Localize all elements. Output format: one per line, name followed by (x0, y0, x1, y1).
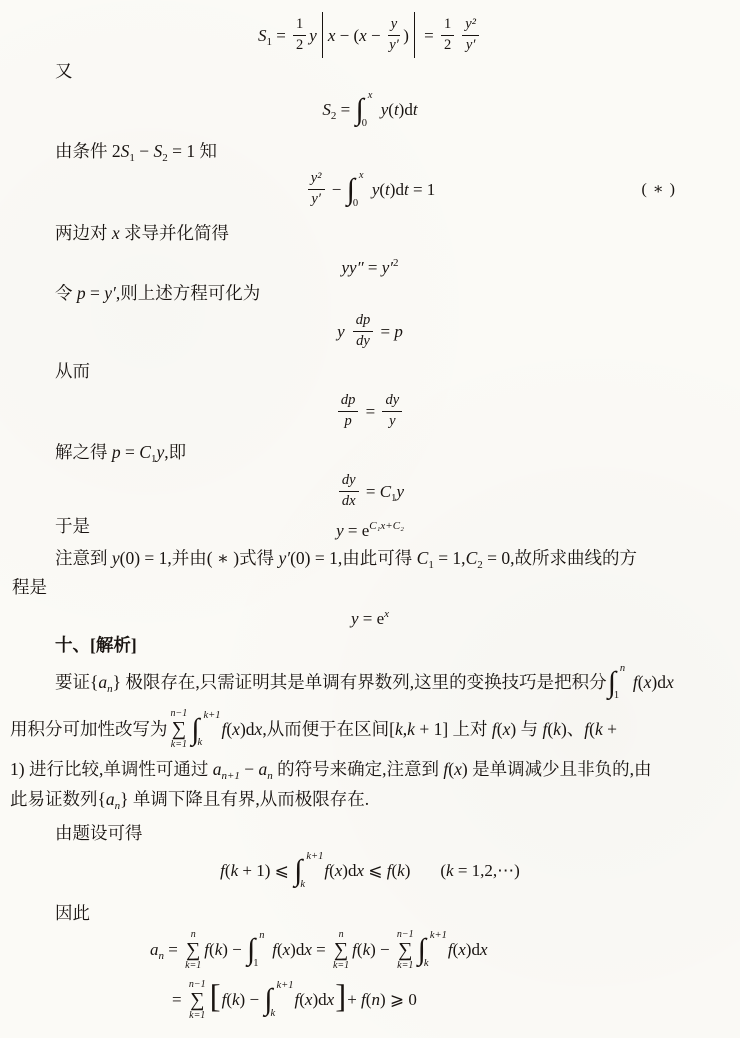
formula-an-line1: an = n∑k=1f(k) − ∫n1f(x)dx = n∑k=1f(k) −… (0, 924, 740, 976)
formula-fk-inequality: f(k + 1) ⩽ ∫k+1kf(x)dx ⩽ f(k)(k = 1,2,⋯) (0, 846, 740, 896)
para-from-hypothesis: 由题设可得 (0, 820, 740, 846)
para-differentiate: 两边对 x 求导并化简得 (0, 220, 740, 246)
para-proof-strategy-line3: 1) 进行比较,单调性可通过 an+1 − an 的符号来确定,注意到 f(x)… (0, 756, 740, 782)
para-proof-strategy-line2: 用积分可加性改写为n−1∑k=1∫k+1kf(x)dx,从而便于在区间[k,k … (0, 704, 740, 754)
para-let-p: 令 p = y′,则上述方程可化为 (0, 280, 740, 306)
formula-dydx-c1y: dydx = C1y (0, 468, 740, 516)
scanned-math-solution-page: S1 = 12yx − (x − yy′) = 12y²y′ 又 S2 = ∫x… (0, 0, 740, 1038)
formula-s2-integral: S2 = ∫x0y(t)dt (0, 88, 740, 132)
para-note-continued: 程是 (0, 574, 740, 600)
para-note-initial-conditions: 注意到 y(0) = 1,并由( ∗ )式得 y′(0) = 1,由此可得 C1… (0, 544, 740, 572)
formula-s1-area: S1 = 12yx − (x − yy′) = 12y²y′ (0, 12, 740, 60)
formula-star-body: y²y′ − ∫x0y(t)dt = 1 (305, 180, 436, 199)
formula-y-exp-c1x-c2: y = eC₁x+C₂ (336, 521, 404, 540)
para-solve-p: 解之得 p = C1y,即 (0, 439, 740, 465)
formula-y-dpdy: ydpdy = p (0, 308, 740, 356)
para-hence: 因此 (0, 900, 740, 926)
para-proof-strategy-line1: 要证{an} 极限存在,只需证明其是单调有界数列,这里的变换技巧是把积分∫n1f… (0, 658, 740, 706)
para-yushi: 于是 (55, 512, 90, 540)
para-also: 又 (0, 58, 740, 84)
formula-an-line2: = n−1∑k=1[f(k) − ∫k+1kf(x)dx]+ f(n) ⩾ 0 (0, 976, 740, 1024)
formula-yy-double-prime: yy″ = y′2 (0, 249, 740, 277)
formula-y-equals-ex: y = ex (0, 601, 740, 627)
formula-star-equation: y²y′ − ∫x0y(t)dt = 1 ( ∗ ) (0, 164, 740, 216)
row-yushi-exp: 于是 y = eC₁x+C₂ (0, 512, 740, 540)
formula-dpp-dyy: dpp = dyy (0, 388, 740, 436)
section-heading-ten-analysis: 十、[解析] (0, 632, 740, 658)
equation-star-tag: ( ∗ ) (641, 164, 676, 216)
para-proof-strategy-line4: 此易证数列{an} 单调下降且有界,从而极限存在. (0, 786, 740, 812)
para-condition-2s1-s2: 由条件 2S1 − S2 = 1 知 (0, 138, 740, 164)
para-therefore-1: 从而 (0, 358, 740, 384)
